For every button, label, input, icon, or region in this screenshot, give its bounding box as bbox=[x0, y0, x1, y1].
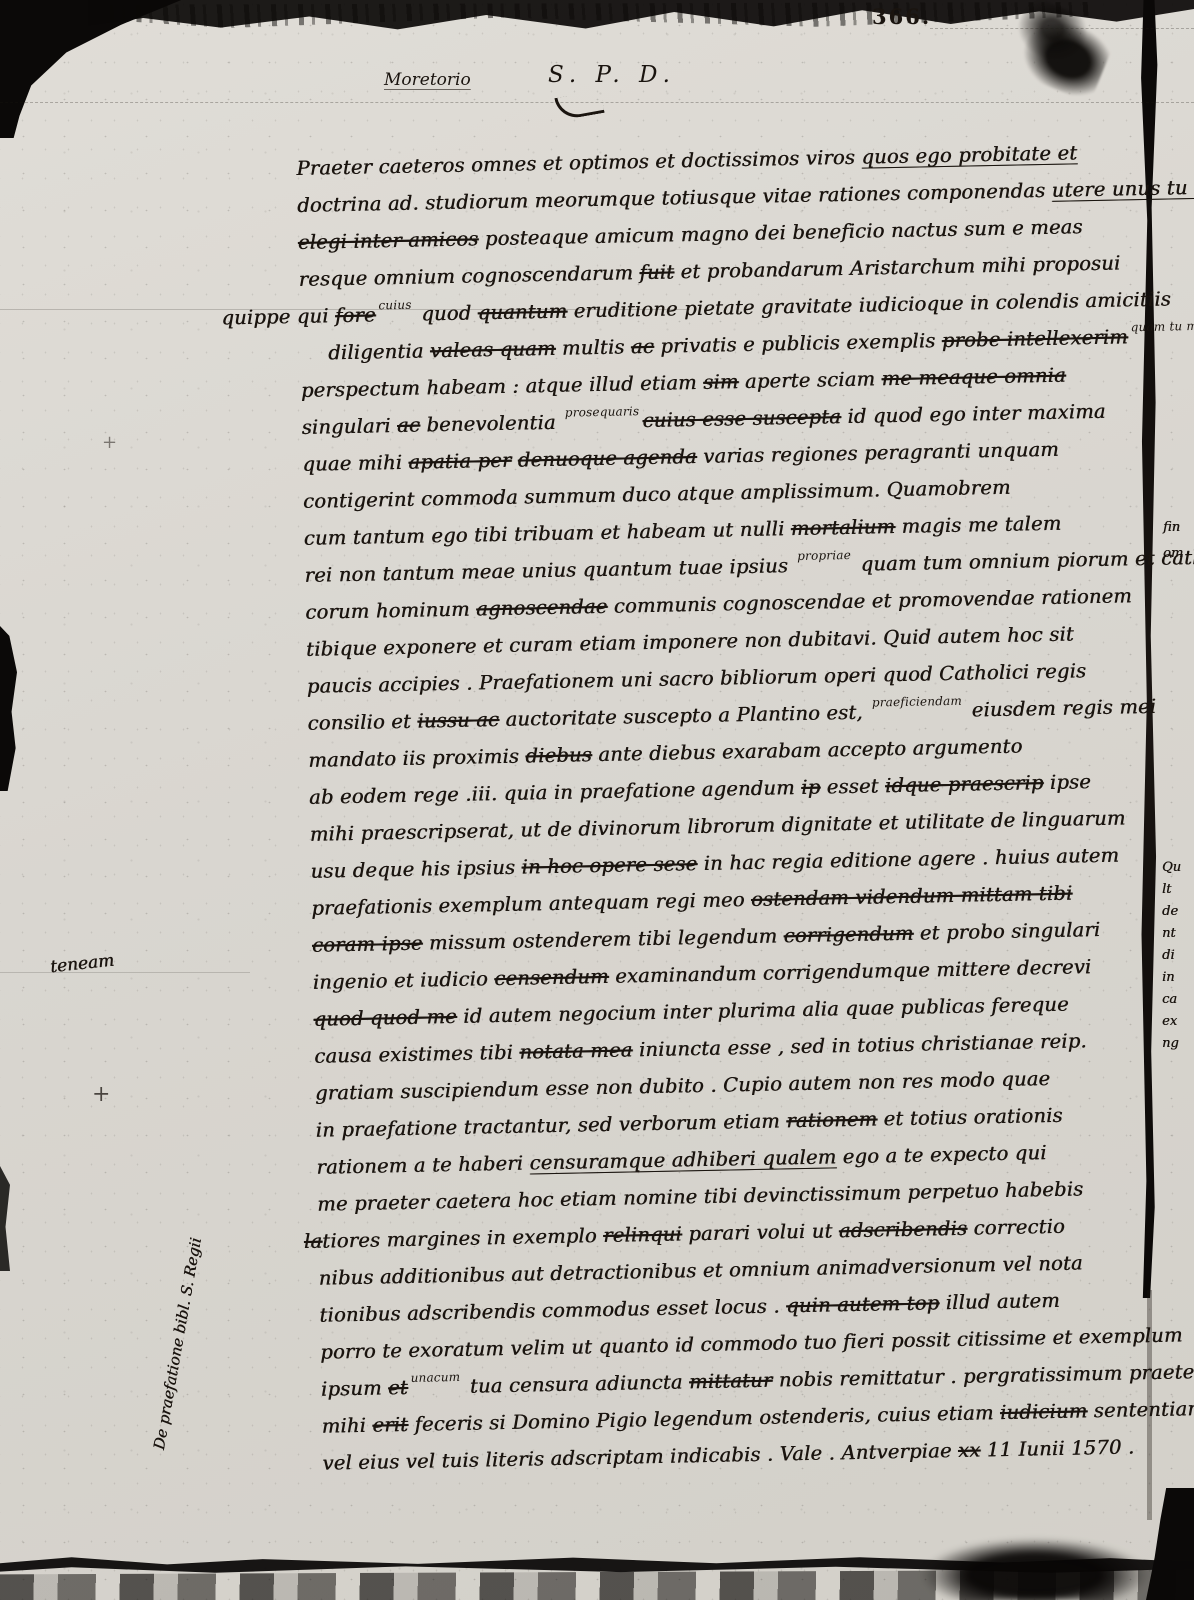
manuscript-text: magis me talem bbox=[895, 512, 1062, 538]
manuscript-text: ipsum bbox=[321, 1376, 389, 1400]
struck-text: diebus bbox=[525, 743, 592, 767]
manuscript-text: ipse bbox=[1043, 770, 1091, 794]
manuscript-text: iniuncta esse , sed in totius christiana… bbox=[632, 1029, 1087, 1061]
manuscript-text: 11 Iunii 1570 . bbox=[980, 1435, 1134, 1461]
manuscript-text: et totius orationis bbox=[877, 1104, 1063, 1131]
struck-text: rationem bbox=[786, 1108, 877, 1133]
header-addressee: Moretorio bbox=[384, 70, 471, 90]
struck-text: agnoscendae bbox=[476, 595, 608, 621]
struck-text: me meaque omnia bbox=[881, 364, 1066, 391]
manuscript-text: communis cognoscendae et promovendae rat… bbox=[607, 584, 1132, 618]
manuscript-text: quae mihi bbox=[302, 451, 409, 476]
manuscript-text: quod bbox=[415, 301, 478, 325]
manuscript-text: censuramque adhiberi qualem bbox=[529, 1145, 836, 1174]
manuscript-text: id quod ego inter maxima bbox=[841, 400, 1106, 428]
facing-page-fragment: di bbox=[1162, 948, 1174, 963]
struck-text: erit bbox=[372, 1413, 408, 1437]
manuscript-text: perspectum habeam : atque illud etiam bbox=[301, 371, 704, 402]
manuscript-text: benevolentia bbox=[420, 411, 563, 437]
manuscript-text: missum ostenderem tibi legendum bbox=[422, 924, 784, 954]
struck-text: la bbox=[304, 1230, 323, 1253]
manuscript-page: 366. Moretorio S. P. D. Praeter caeteros… bbox=[0, 0, 1194, 1600]
manuscript-text: ante diebus exarabam accepto argumento bbox=[592, 735, 1023, 767]
inserted-text: unacum bbox=[410, 1359, 460, 1397]
manuscript-text: privatis e publicis exemplis bbox=[654, 329, 942, 358]
facing-page-fragment: in bbox=[1162, 970, 1175, 985]
manuscript-text: eruditione pietate gravitate iudicioque … bbox=[567, 287, 1171, 322]
struck-text: ac bbox=[397, 414, 420, 437]
manuscript-text: aperte sciam bbox=[738, 367, 881, 393]
struck-text: relinqui bbox=[603, 1222, 682, 1247]
paper-crease-line bbox=[0, 972, 250, 973]
struck-text: censendum bbox=[494, 965, 609, 990]
struck-text: ostendam videndum mittam tibi bbox=[751, 882, 1073, 911]
margin-note-vertical: De praefatione bibl. S. Regii bbox=[150, 1054, 237, 1451]
struck-text: coram ipse bbox=[312, 932, 423, 957]
struck-text: corrigendum bbox=[783, 922, 913, 948]
manuscript-text: correctio bbox=[967, 1215, 1065, 1240]
manuscript-text: parari volui ut bbox=[682, 1219, 839, 1245]
manuscript-text-block: Praeter caeteros omnes et optimos et doc… bbox=[296, 133, 1153, 1481]
struck-text: iudicium bbox=[1000, 1399, 1088, 1424]
manuscript-text: posteaque amicum magno dei beneficio nac… bbox=[478, 215, 1083, 250]
facing-page-fragment: nt bbox=[1162, 926, 1176, 941]
manuscript-text: utere unus tu es bbox=[1051, 176, 1194, 202]
manuscript-text: sententiam bbox=[1087, 1397, 1194, 1422]
facing-page-fragment: ca bbox=[1162, 992, 1177, 1007]
manuscript-text: rationem a te haberi bbox=[316, 1152, 530, 1179]
struck-text: xx bbox=[958, 1439, 981, 1462]
header-salutation: S. P. D. bbox=[548, 62, 676, 88]
facing-page-fragment: ex bbox=[1162, 1014, 1177, 1029]
struck-text: mittatur bbox=[689, 1369, 773, 1394]
scan-artifact-left-edge bbox=[0, 626, 17, 791]
struck-text: fuit bbox=[639, 260, 674, 284]
manuscript-text: quos ego probitate et bbox=[861, 141, 1077, 168]
struck-text: ip bbox=[801, 776, 821, 799]
manuscript-text: tionibus adscribendis commodus esset loc… bbox=[319, 1294, 786, 1326]
margin-note-left: teneam bbox=[49, 951, 115, 978]
struck-text: fore bbox=[335, 303, 376, 327]
manuscript-text: ego a te expecto qui bbox=[836, 1141, 1047, 1168]
manuscript-text: ingenio et iudicio bbox=[312, 967, 494, 994]
manuscript-text: mandato iis proximis bbox=[308, 745, 526, 772]
facing-page-fragment: Qu bbox=[1162, 860, 1181, 875]
manuscript-text: praefationis exemplum antequam regi meo bbox=[311, 888, 751, 920]
struck-text: sim bbox=[703, 370, 739, 394]
struck-text: adscribendis bbox=[839, 1217, 968, 1243]
manuscript-text: corum hominum bbox=[305, 597, 476, 623]
struck-text: et bbox=[388, 1376, 408, 1399]
manuscript-text: causa existimes tibi bbox=[314, 1041, 520, 1068]
manuscript-text: et probandarum Aristarchum mihi proposui bbox=[674, 251, 1121, 283]
manuscript-text: examinandum corrigendumque mittere decre… bbox=[608, 955, 1091, 988]
paper-crease-line bbox=[930, 28, 1194, 29]
struck-text: cuius esse suscepta bbox=[642, 405, 841, 432]
manuscript-text: singulari bbox=[301, 414, 397, 439]
struck-text: denuoque agenda bbox=[518, 445, 697, 472]
margin-cross-mark: + bbox=[92, 1082, 110, 1107]
struck-text: idque praescrip bbox=[885, 771, 1044, 797]
inserted-text: quam tu me measque res omnes bbox=[1130, 305, 1194, 346]
inserted-text: prosequaris bbox=[564, 393, 639, 431]
manuscript-text: vel eius vel tuis literis adscriptam ind… bbox=[322, 1439, 958, 1475]
struck-text: quod quod me bbox=[313, 1005, 457, 1031]
struck-text: quin autem top bbox=[786, 1291, 940, 1317]
manuscript-text: quippe qui bbox=[221, 304, 335, 329]
manuscript-text: resque omnium cognoscendarum bbox=[298, 261, 639, 291]
facing-page-fragment: lt bbox=[1162, 882, 1171, 897]
struck-text: in hoc opere sese bbox=[521, 852, 697, 879]
page-number: 366. bbox=[872, 4, 931, 29]
struck-text: probe intellexerim bbox=[942, 325, 1129, 352]
manuscript-text: diligentia bbox=[328, 339, 430, 364]
struck-text: quantum bbox=[477, 300, 567, 325]
inserted-text: propriae bbox=[797, 537, 851, 575]
struck-text: valeas quam bbox=[430, 337, 556, 363]
manuscript-text: multis bbox=[555, 335, 631, 360]
manuscript-text: eiusdem regis mei bbox=[965, 695, 1156, 722]
inserted-text: cuius bbox=[378, 287, 412, 325]
manuscript-text: illud autem bbox=[939, 1289, 1060, 1314]
scan-artifact-left-edge-lower bbox=[0, 1166, 10, 1271]
manuscript-text: ab eodem rege .iii. quia in praefatione … bbox=[309, 776, 802, 809]
manuscript-text: quam tum omnium piorum et catholi bbox=[854, 545, 1194, 576]
struck-text: apatia per bbox=[408, 449, 511, 474]
struck-text: elegi inter amicos bbox=[298, 227, 479, 254]
manuscript-text: esset bbox=[820, 774, 885, 798]
manuscript-text: mihi bbox=[321, 1414, 372, 1438]
manuscript-text: rei non tantum meae unius quantum tuae i… bbox=[304, 554, 794, 587]
manuscript-text: cum tantum ego tibi tribuam et habeam ut… bbox=[304, 517, 791, 550]
struck-text: ac bbox=[631, 335, 654, 358]
facing-page-fragment: de bbox=[1162, 904, 1178, 919]
margin-cross-mark: + bbox=[102, 432, 117, 453]
facing-page-fragment: ng bbox=[1162, 1036, 1179, 1051]
facing-page-fragment: fin bbox=[1163, 520, 1180, 535]
manuscript-text: Praeter caeteros omnes et optimos et doc… bbox=[296, 146, 861, 180]
manuscript-text: tua censura adiuncta bbox=[463, 1370, 689, 1398]
manuscript-text: consilio et bbox=[307, 710, 417, 735]
manuscript-text: usu deque his ipsius bbox=[310, 856, 521, 883]
manuscript-text: auctoritate suscepto a Plantino est, bbox=[499, 701, 869, 731]
manuscript-text: in hac regia editione agere . huius aute… bbox=[697, 844, 1119, 875]
pen-flourish bbox=[554, 90, 604, 121]
inserted-text: praeficiendam bbox=[872, 683, 963, 722]
manuscript-text: varias regiones peragranti unquam bbox=[697, 438, 1060, 468]
manuscript-text: tiores margines in exemplo bbox=[322, 1224, 603, 1253]
struck-text: notata mea bbox=[519, 1038, 633, 1063]
struck-text: iussu ac bbox=[417, 708, 499, 733]
manuscript-text: et probo singulari bbox=[913, 918, 1100, 945]
facing-page-fragment: om bbox=[1163, 546, 1183, 561]
manuscript-text: nobis remittatur . pergratissimum praete… bbox=[772, 1360, 1194, 1392]
manuscript-text: in praefatione tractantur, sed verborum … bbox=[315, 1109, 786, 1141]
scan-artifact-bottom-cloud bbox=[920, 1538, 1150, 1600]
manuscript-text: feceris si Domino Pigio legendum ostende… bbox=[408, 1401, 1000, 1436]
manuscript-text: id autem negocium inter plurima alia qua… bbox=[457, 993, 1069, 1028]
